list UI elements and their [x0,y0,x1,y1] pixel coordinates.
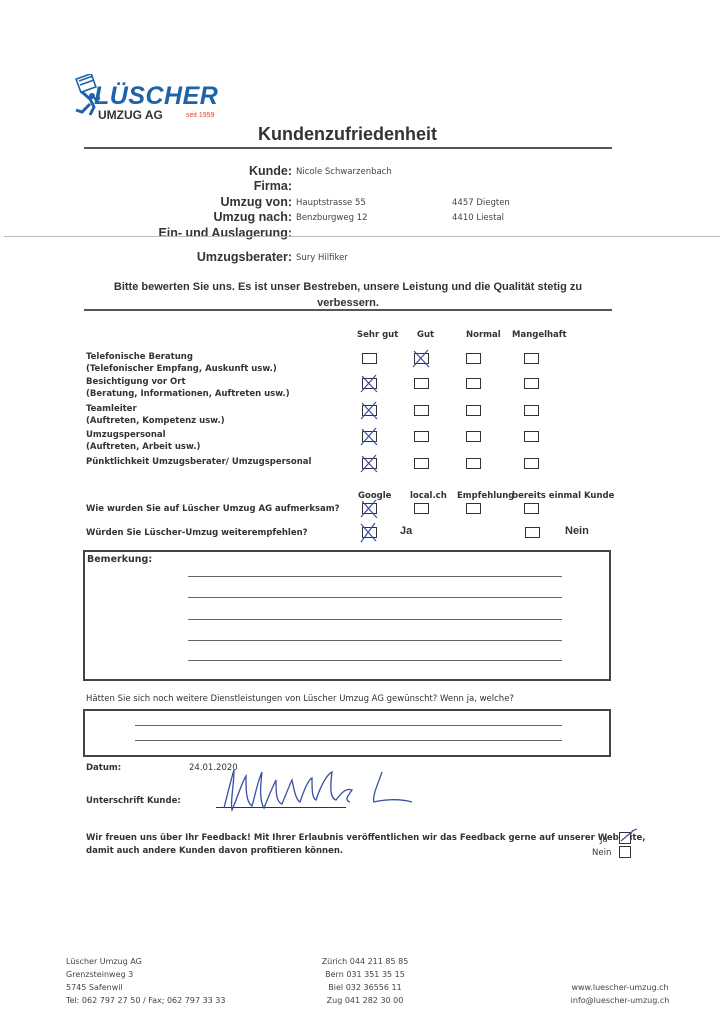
date-label: Datum: [86,763,121,773]
branch-zug: Zug 041 282 30 00 [300,994,430,1007]
publish-yes-label: Ja [600,835,608,845]
intro-line-1: Bitte bewerten Sie uns. Es ist unser Bes… [84,279,612,295]
rating-row-title: Pünktlichkeit Umzugsberater/ Umzugsperso… [86,456,311,468]
remarks-label: Bemerkung: [87,554,152,565]
footer-company: Lüscher Umzug AG [66,955,226,968]
rating-checkbox-mangelhaft[interactable] [524,353,539,364]
rating-checkbox-gut[interactable] [414,431,429,442]
website-link[interactable]: www.luescher-umzug.ch [560,981,680,994]
col-normal: Normal [466,330,501,340]
source-checkbox[interactable] [524,503,539,514]
publish-line-1: Wir freuen uns über Ihr Feedback! Mit Ih… [86,832,645,845]
footer-branches: Zürich 044 211 85 85 Bern 031 351 35 15 … [300,955,430,1007]
rating-row-subtitle: (Auftreten, Kompetenz usw.) [86,415,225,427]
rating-checkbox-sehr-gut[interactable] [362,405,377,416]
source-option-label: Google [358,491,391,501]
footer-city: 5745 Safenwil [66,981,226,994]
company-logo: LÜSCHER UMZUG AG seit 1959 [70,74,230,124]
footer-phone: Tel: 062 797 27 50 / Fax; 062 797 33 33 [66,994,226,1007]
publish-no-label: Nein [592,848,611,858]
logo-since: seit 1959 [186,112,214,119]
rating-checkbox-normal[interactable] [466,378,481,389]
umzugsberater-label: Umzugsberater: [92,250,292,264]
source-option-label: local.ch [410,491,447,501]
page-title: Kundenzufriedenheit [258,124,437,145]
firma-label: Firma: [92,179,292,193]
rating-checkbox-normal[interactable] [466,431,481,442]
email-link[interactable]: info@luescher-umzug.ch [560,994,680,1007]
services-question: Hätten Sie sich noch weitere Dienstleist… [86,694,514,704]
rating-row-label: Telefonische Beratung(Telefonischer Empf… [86,351,277,375]
rating-checkbox-gut[interactable] [414,458,429,469]
services-line[interactable] [135,740,562,741]
rating-row-label: Umzugspersonal(Auftreten, Arbeit usw.) [86,429,200,453]
rating-checkbox-mangelhaft[interactable] [524,458,539,469]
umzug-nach-city: 4410 Liestal [452,213,504,223]
rating-row-subtitle: (Telefonischer Empfang, Auskunft usw.) [86,363,277,375]
source-question: Wie wurden Sie auf Lüscher Umzug AG aufm… [86,504,340,514]
rating-checkbox-sehr-gut[interactable] [362,431,377,442]
handwritten-signature [212,762,422,814]
branch-bern: Bern 031 351 35 15 [300,968,430,981]
rating-checkbox-normal[interactable] [466,405,481,416]
services-panel [83,709,611,757]
publish-line-2: damit auch andere Kunden davon profitier… [86,845,645,858]
col-mangelhaft: Mangelhaft [512,330,567,340]
umzug-von-label: Umzug von: [92,195,292,209]
umzug-nach-label: Umzug nach: [92,210,292,224]
source-checkbox[interactable] [362,503,377,514]
footer-web: www.luescher-umzug.ch info@luescher-umzu… [560,981,680,1007]
rating-row-subtitle: (Auftreten, Arbeit usw.) [86,441,200,453]
recommend-question: Würden Sie Lüscher-Umzug weiterempfehlen… [86,528,308,538]
rating-checkbox-mangelhaft[interactable] [524,405,539,416]
umzug-von-street: Hauptstrasse 55 [296,198,366,208]
services-line[interactable] [135,725,562,726]
footer-address: Lüscher Umzug AG Grenzsteinweg 3 5745 Sa… [66,955,226,1007]
rating-row-title: Umzugspersonal [86,429,200,441]
col-sehr-gut: Sehr gut [357,330,398,340]
recommend-yes-label: Ja [400,525,412,537]
rating-row-label: Besichtigung vor Ort(Beratung, Informati… [86,376,290,400]
recommend-yes-checkbox[interactable] [362,527,377,538]
publish-no-checkbox[interactable] [619,846,631,858]
remarks-line[interactable] [188,640,562,641]
source-checkbox[interactable] [414,503,429,514]
rating-checkbox-gut[interactable] [414,405,429,416]
remarks-line[interactable] [188,576,562,577]
rating-row-label: Pünktlichkeit Umzugsberater/ Umzugsperso… [86,456,311,468]
umzug-nach-street: Benzburgweg 12 [296,213,368,223]
title-underline [84,147,612,149]
rating-row-label: Teamleiter(Auftreten, Kompetenz usw.) [86,403,225,427]
rating-checkbox-normal[interactable] [466,353,481,364]
rating-checkbox-sehr-gut[interactable] [362,458,377,469]
rating-checkbox-gut[interactable] [414,378,429,389]
recommend-no-label: Nein [565,525,589,537]
intro-underline [84,309,612,311]
rating-row-title: Teamleiter [86,403,225,415]
umzug-von-city: 4457 Diegten [452,198,510,208]
lagerung-divider [4,236,720,237]
rating-checkbox-mangelhaft[interactable] [524,378,539,389]
rating-row-title: Besichtigung vor Ort [86,376,290,388]
kunde-label: Kunde: [92,164,292,178]
source-option-label: Empfehlung [457,491,514,501]
publish-text: Wir freuen uns über Ihr Feedback! Mit Ih… [86,832,645,858]
col-gut: Gut [417,330,434,340]
source-option-label: bereits einmal Kunde [512,491,614,501]
remarks-line[interactable] [188,619,562,620]
logo-subtitle: UMZUG AG [98,108,163,122]
branch-biel: Biel 032 36556 11 [300,981,430,994]
lagerung-label: Ein- und Auslagerung: [92,226,292,240]
rating-checkbox-mangelhaft[interactable] [524,431,539,442]
remarks-line[interactable] [188,597,562,598]
signature-label: Unterschrift Kunde: [86,796,181,806]
umzugsberater-value: Sury Hilfiker [296,253,348,263]
remarks-panel: Bemerkung: [83,550,611,681]
remarks-line[interactable] [188,660,562,661]
rating-row-title: Telefonische Beratung [86,351,277,363]
footer-street: Grenzsteinweg 3 [66,968,226,981]
kunde-value: Nicole Schwarzenbach [296,167,392,177]
recommend-no-checkbox[interactable] [525,527,540,538]
intro-text: Bitte bewerten Sie uns. Es ist unser Bes… [84,279,612,311]
source-checkbox[interactable] [466,503,481,514]
branch-zurich: Zürich 044 211 85 85 [300,955,430,968]
rating-row-subtitle: (Beratung, Informationen, Auftreten usw.… [86,388,290,400]
rating-checkbox-normal[interactable] [466,458,481,469]
rating-checkbox-sehr-gut[interactable] [362,378,377,389]
rating-checkbox-sehr-gut[interactable] [362,353,377,364]
rating-checkbox-gut[interactable] [414,353,429,364]
logo-name: LÜSCHER [94,82,218,111]
publish-yes-checkbox[interactable] [619,832,631,844]
